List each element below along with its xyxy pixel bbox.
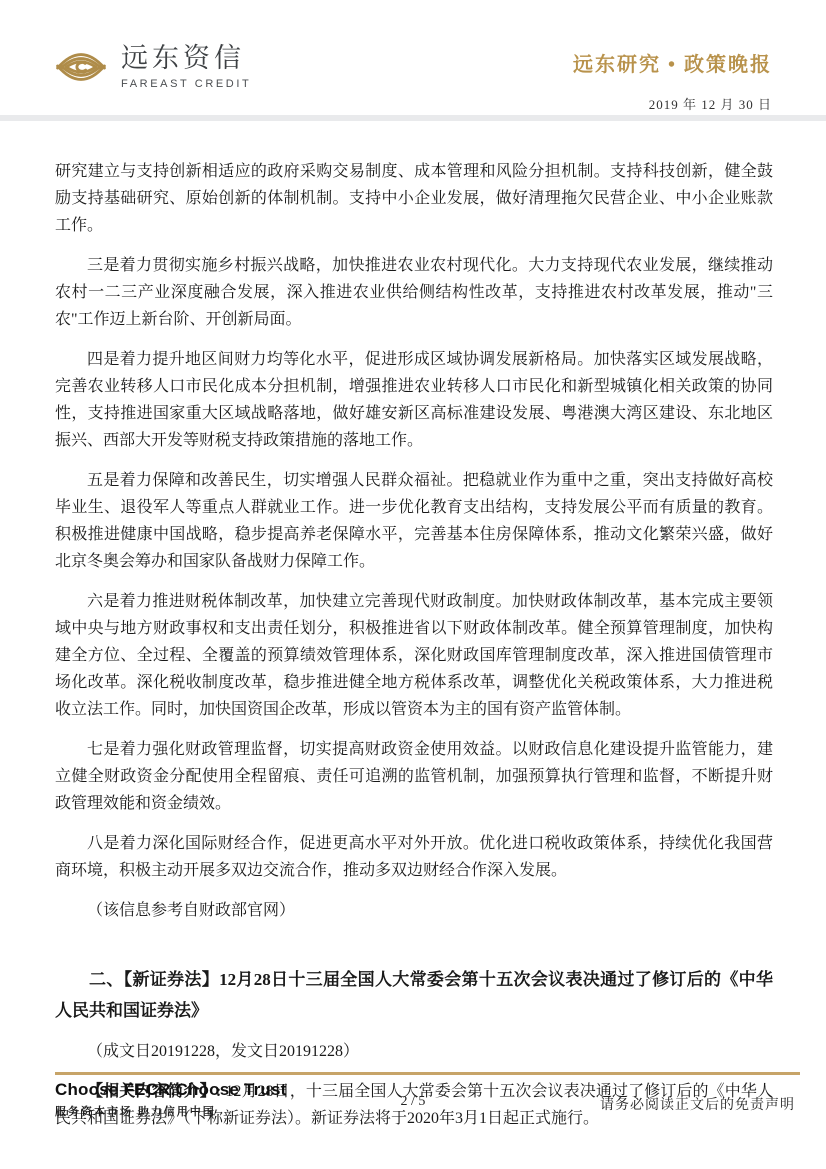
- company-logo: 远东资信 FAREAST CREDIT: [55, 44, 251, 90]
- footer-disclaimer: 请务必阅读正文后的免责声明: [600, 1094, 795, 1114]
- body-paragraph: 研究建立与支持创新相适应的政府采购交易制度、成本管理和风险分担机制。支持科技创新…: [55, 158, 773, 239]
- footer-divider: [55, 1072, 800, 1075]
- logo-en-name: FAREAST CREDIT: [121, 78, 251, 90]
- report-date: 2019 年 12 月 30 日: [573, 94, 772, 113]
- doc-dates-paragraph: （成文日20191228，发文日20191228）: [55, 1038, 773, 1065]
- section-heading: 二、【新证券法】12月28日十三届全国人大常委会第十五次会议表决通过了修订后的《…: [55, 964, 773, 1026]
- page-header: 远东资信 FAREAST CREDIT 远东研究 • 政策晚报 2019 年 1…: [0, 0, 826, 115]
- document-body: 研究建立与支持创新相适应的政府采购交易制度、成本管理和风险分担机制。支持科技创新…: [55, 158, 773, 1145]
- body-paragraph: 三是着力贯彻实施乡村振兴战略，加快推进农业农村现代化。大力支持现代农业发展，继续…: [55, 252, 773, 333]
- report-page: 远东资信 FAREAST CREDIT 远东研究 • 政策晚报 2019 年 1…: [0, 0, 826, 1169]
- logo-text: 远东资信 FAREAST CREDIT: [121, 44, 251, 90]
- body-paragraph: 五是着力保障和改善民生，切实增强人民群众福祉。把稳就业作为重中之重，突出支持做好…: [55, 467, 773, 575]
- source-note-paragraph: （该信息参考自财政部官网）: [55, 897, 773, 924]
- body-paragraph: 四是着力提升地区间财力均等化水平，促进形成区域协调发展新格局。加快落实区域发展战…: [55, 346, 773, 454]
- report-series-title: 远东研究 • 政策晚报: [573, 48, 772, 77]
- body-paragraph: 八是着力深化国际财经合作，促进更高水平对外开放。优化进口税收政策体系，持续优化我…: [55, 830, 773, 884]
- fareast-credit-logo-icon: [55, 44, 107, 90]
- logo-cn-name: 远东资信: [121, 44, 251, 74]
- header-right: 远东研究 • 政策晚报 2019 年 12 月 30 日: [573, 48, 772, 113]
- body-paragraph: 七是着力强化财政管理监督，切实提高财政资金使用效益。以财政信息化建设提升监管能力…: [55, 736, 773, 817]
- body-paragraph: 六是着力推进财税体制改革，加快建立完善现代财政制度。加快财政体制改革，基本完成主…: [55, 588, 773, 723]
- header-divider: [0, 115, 826, 121]
